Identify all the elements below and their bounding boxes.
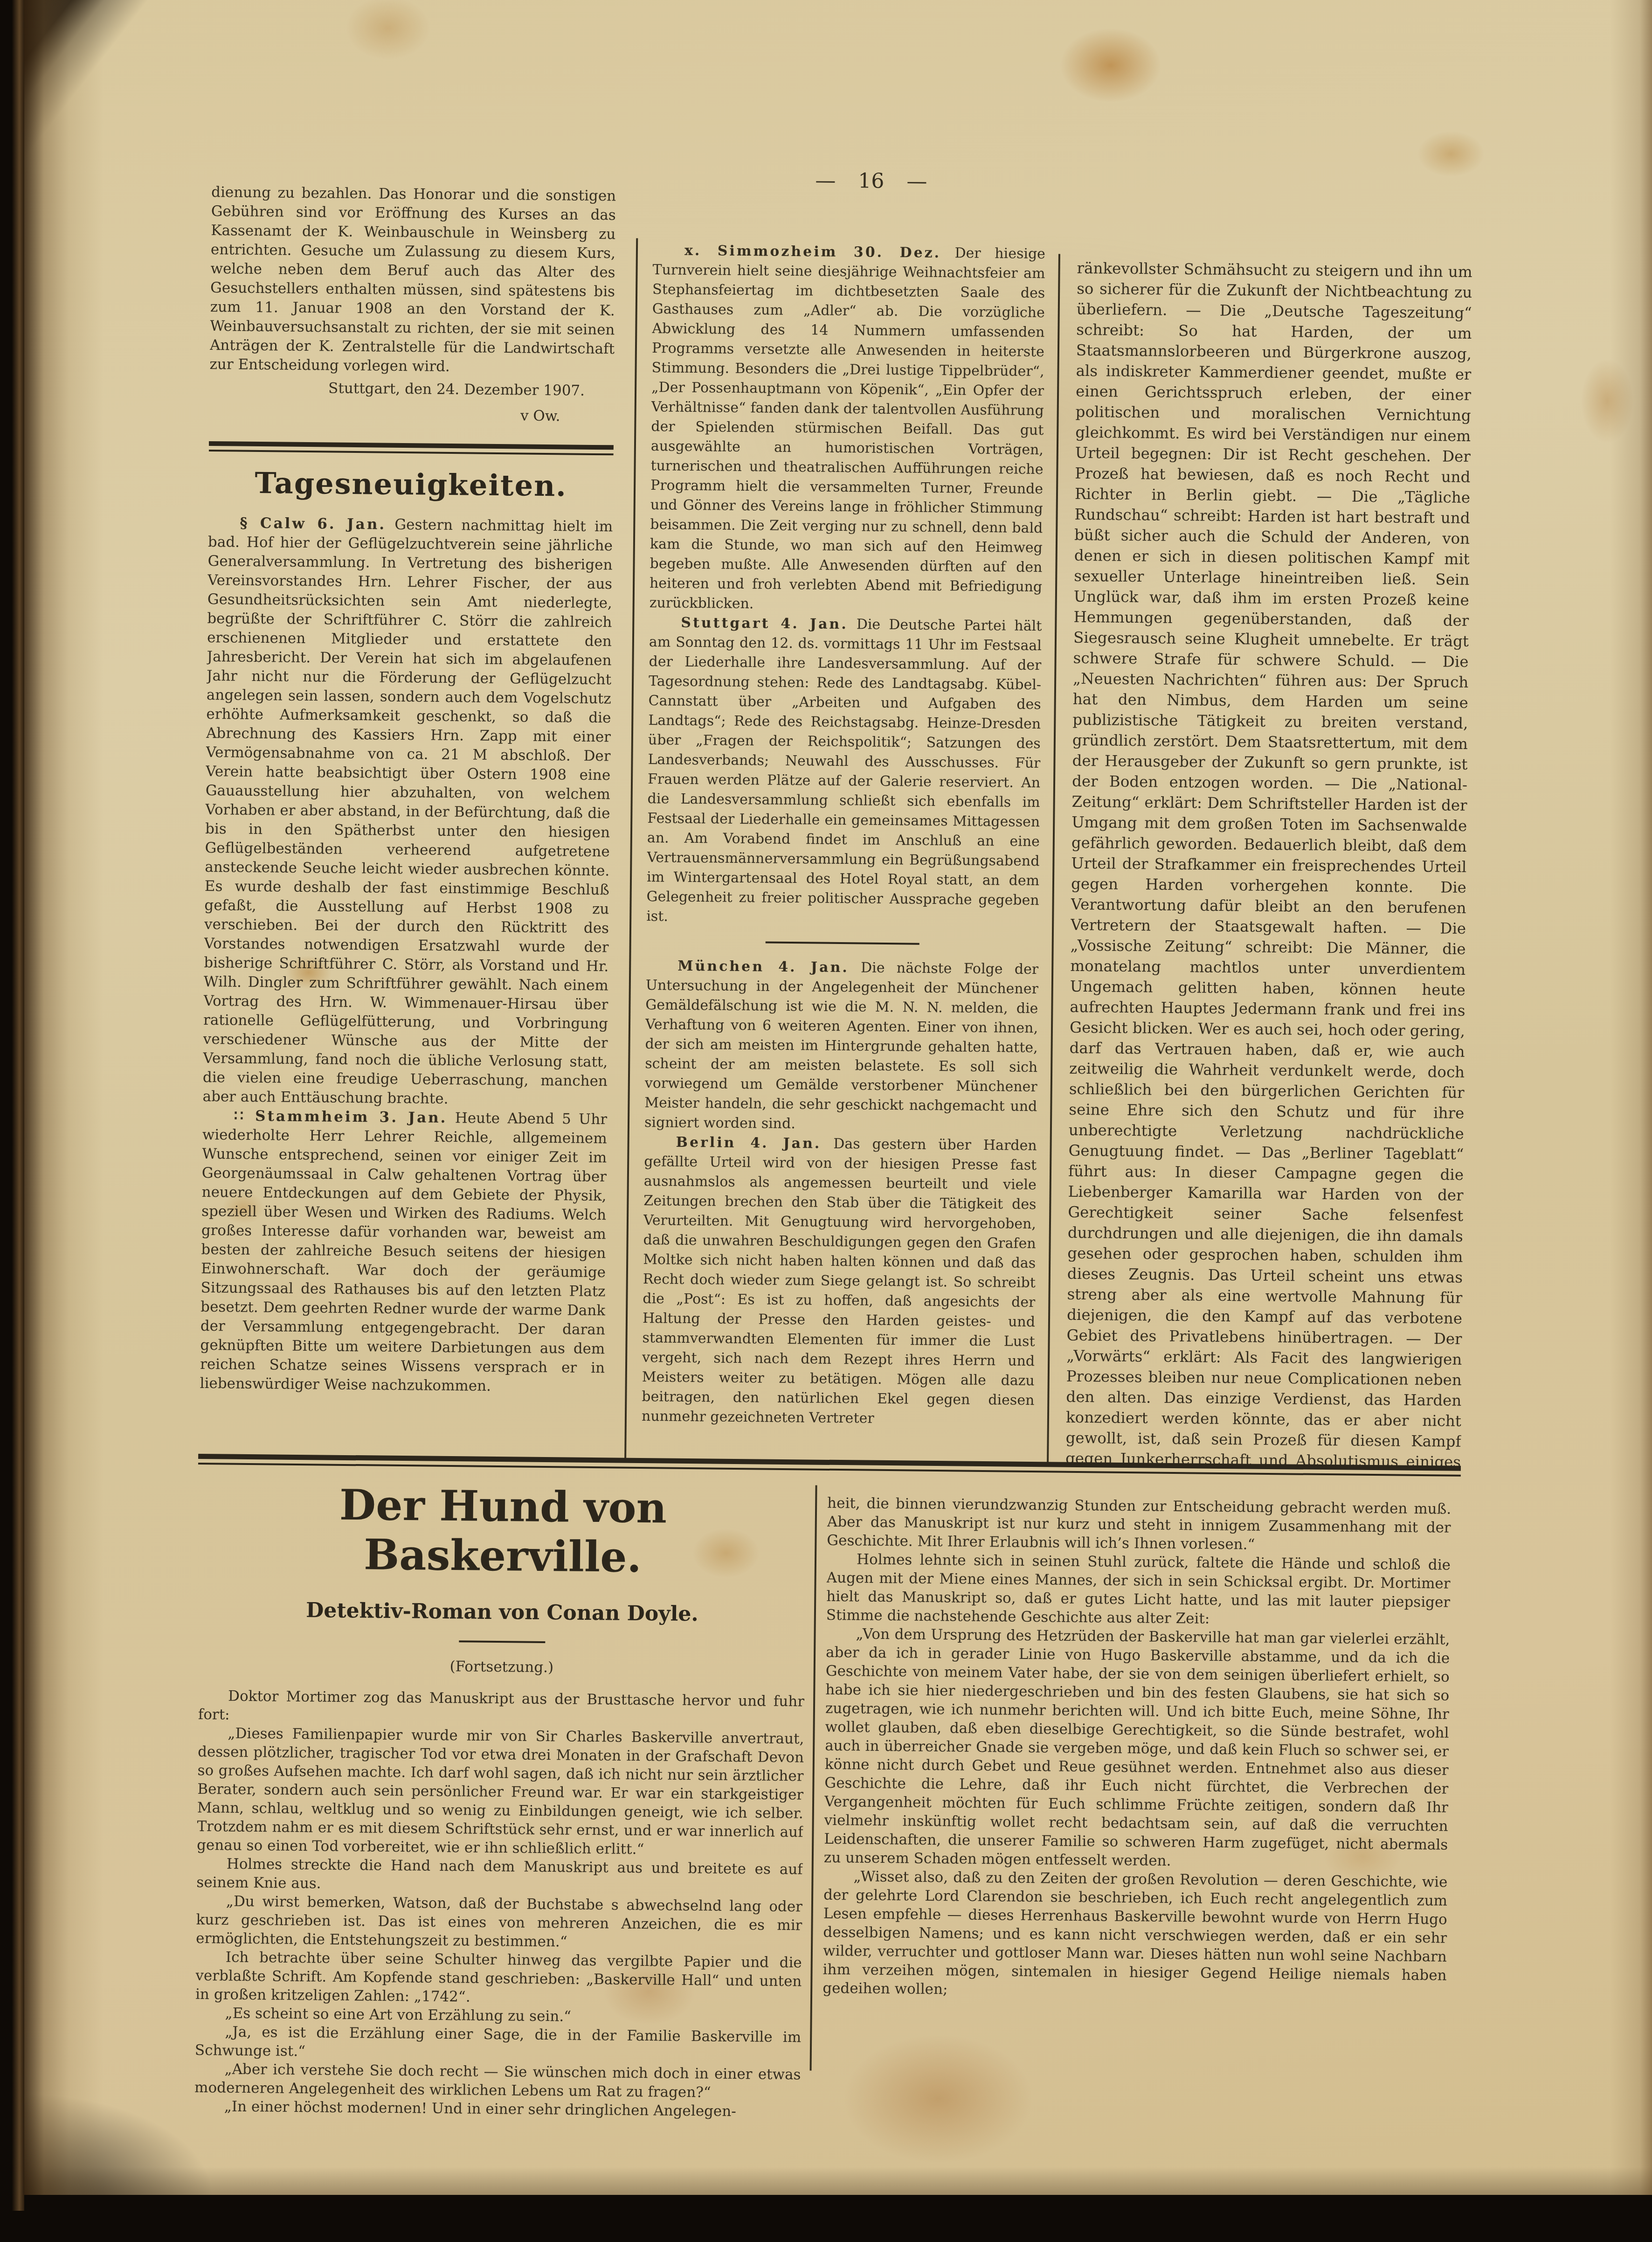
news-article-stuttgart: Stuttgart 4. Jan. Die Deutsche Partei hä… (646, 613, 1042, 930)
article-continuation-harden: ränkevollster Schmähsucht zu steigern un… (1065, 258, 1472, 1470)
feuilleton-paragraph: „Von dem Ursprung des Hetzrüden der Bask… (824, 1624, 1450, 1873)
feuilleton-subtitle: Detektiv-Roman von Conan Doyle. (199, 1597, 805, 1627)
column-rule-2 (1047, 254, 1060, 1466)
article-dateline: Stuttgart, den 24. Dezember 1907. (209, 378, 614, 401)
feuilleton-paragraph: „Aber ich verstehe Sie doch recht — Sie … (194, 2060, 801, 2103)
feuilleton-column-rule (810, 1485, 817, 2071)
article-lead: § Calw 6. Jan. (240, 515, 386, 533)
article-signature: v Ow. (209, 403, 614, 426)
article-body: Die Deutsche Partei hält am Sonntag den … (646, 616, 1042, 924)
news-article-muenchen: München 4. Jan. Die nächste Folge der Un… (644, 956, 1039, 1136)
feuilleton-title-rule (459, 1640, 545, 1643)
newspaper-page: — 16 — dienung zu bezahlen. Das Honorar … (24, 0, 1652, 2195)
article-lead: München 4. Jan. (677, 958, 849, 976)
feuilleton-continuation-note: (Fortsetzung.) (199, 1655, 805, 1679)
feuilleton-paragraph: Doktor Mortimer zog das Manuskript aus d… (198, 1687, 805, 1729)
feuilleton-column-right: heit, die binnen vierundzwanzig Stunden … (821, 1494, 1451, 2181)
news-column-3: ränkevollster Schmähsucht zu steigern un… (1065, 258, 1472, 1470)
article-body: Die nächste Folge der Untersuchung in de… (644, 959, 1039, 1132)
article-lead: Berlin 4. Jan. (676, 1134, 821, 1152)
page-number: — 16 — (708, 167, 1034, 194)
feuilleton-paragraph: Holmes lehnte sich in seinen Stuhl zurüc… (826, 1550, 1451, 1631)
article-body: Das gestern über Harden gefällte Urteil … (642, 1136, 1037, 1427)
news-article-simmozheim: x. Simmozheim 30. Dez. Der hiesige Turnv… (650, 241, 1046, 617)
column-rule-1 (624, 238, 638, 1463)
section-title: Tagesneuigkeiten. (208, 465, 614, 503)
news-article-berlin: Berlin 4. Jan. Das gestern über Harden g… (642, 1132, 1037, 1430)
article-continuation: dienung zu bezahlen. Das Honorar und die… (209, 183, 616, 378)
feuilleton-paragraph: „Wisset also, daß zu den Zeiten der groß… (823, 1867, 1448, 2004)
feuilleton-paragraph: heit, die binnen vierundzwanzig Stunden … (827, 1494, 1451, 1556)
article-lead: ∷ Stammheim 3. Jan. (234, 1108, 448, 1126)
feuilleton-column-left: Der Hund von Baskerville. Detektiv-Roman… (194, 1469, 806, 2174)
article-body: Gestern nachmittag hielt im bad. Hof hie… (202, 516, 613, 1107)
news-article-stammheim: ∷ Stammheim 3. Jan. Heute Abend 5 Uhr wi… (200, 1106, 607, 1397)
news-article-calw: § Calw 6. Jan. Gestern nachmittag hielt … (202, 514, 613, 1110)
feuilleton-paragraph: „Du wirst bemerken, Watson, daß der Buch… (196, 1892, 802, 1953)
article-body: Der hiesige Turnverein hielt seine diesj… (650, 245, 1046, 612)
feuilleton-paragraph: Holmes streckte die Hand nach dem Manusk… (196, 1854, 803, 1897)
feuilleton-paragraph: „Dieses Familienpapier wurde mir von Sir… (197, 1724, 804, 1860)
section-divider-rule (209, 441, 614, 455)
article-lead: Stuttgart 4. Jan. (681, 615, 848, 632)
feuilleton-title: Der Hund von Baskerville. (200, 1479, 807, 1583)
news-column-1: dienung zu bezahlen. Das Honorar und die… (199, 183, 616, 1458)
article-lead: x. Simmozheim 30. Dez. (684, 243, 941, 261)
newspaper-scan: { "page": { "number": "16", "number_disp… (0, 0, 1652, 2242)
page-content: — 16 — dienung zu bezahlen. Das Honorar … (24, 0, 1652, 2195)
feuilleton-paragraph: „Ja, es ist die Erzählung einer Sage, di… (195, 2022, 802, 2065)
news-column-2: x. Simmozheim 30. Dez. Der hiesige Turnv… (641, 241, 1045, 1464)
article-body: Heute Abend 5 Uhr wiederholte Herr Lehre… (200, 1110, 607, 1395)
feuilleton-paragraph: Ich betrachte über seine Schulter hinweg… (195, 1948, 802, 2009)
article-divider-rule (766, 942, 919, 945)
book-spine-edge (12, 0, 24, 2211)
